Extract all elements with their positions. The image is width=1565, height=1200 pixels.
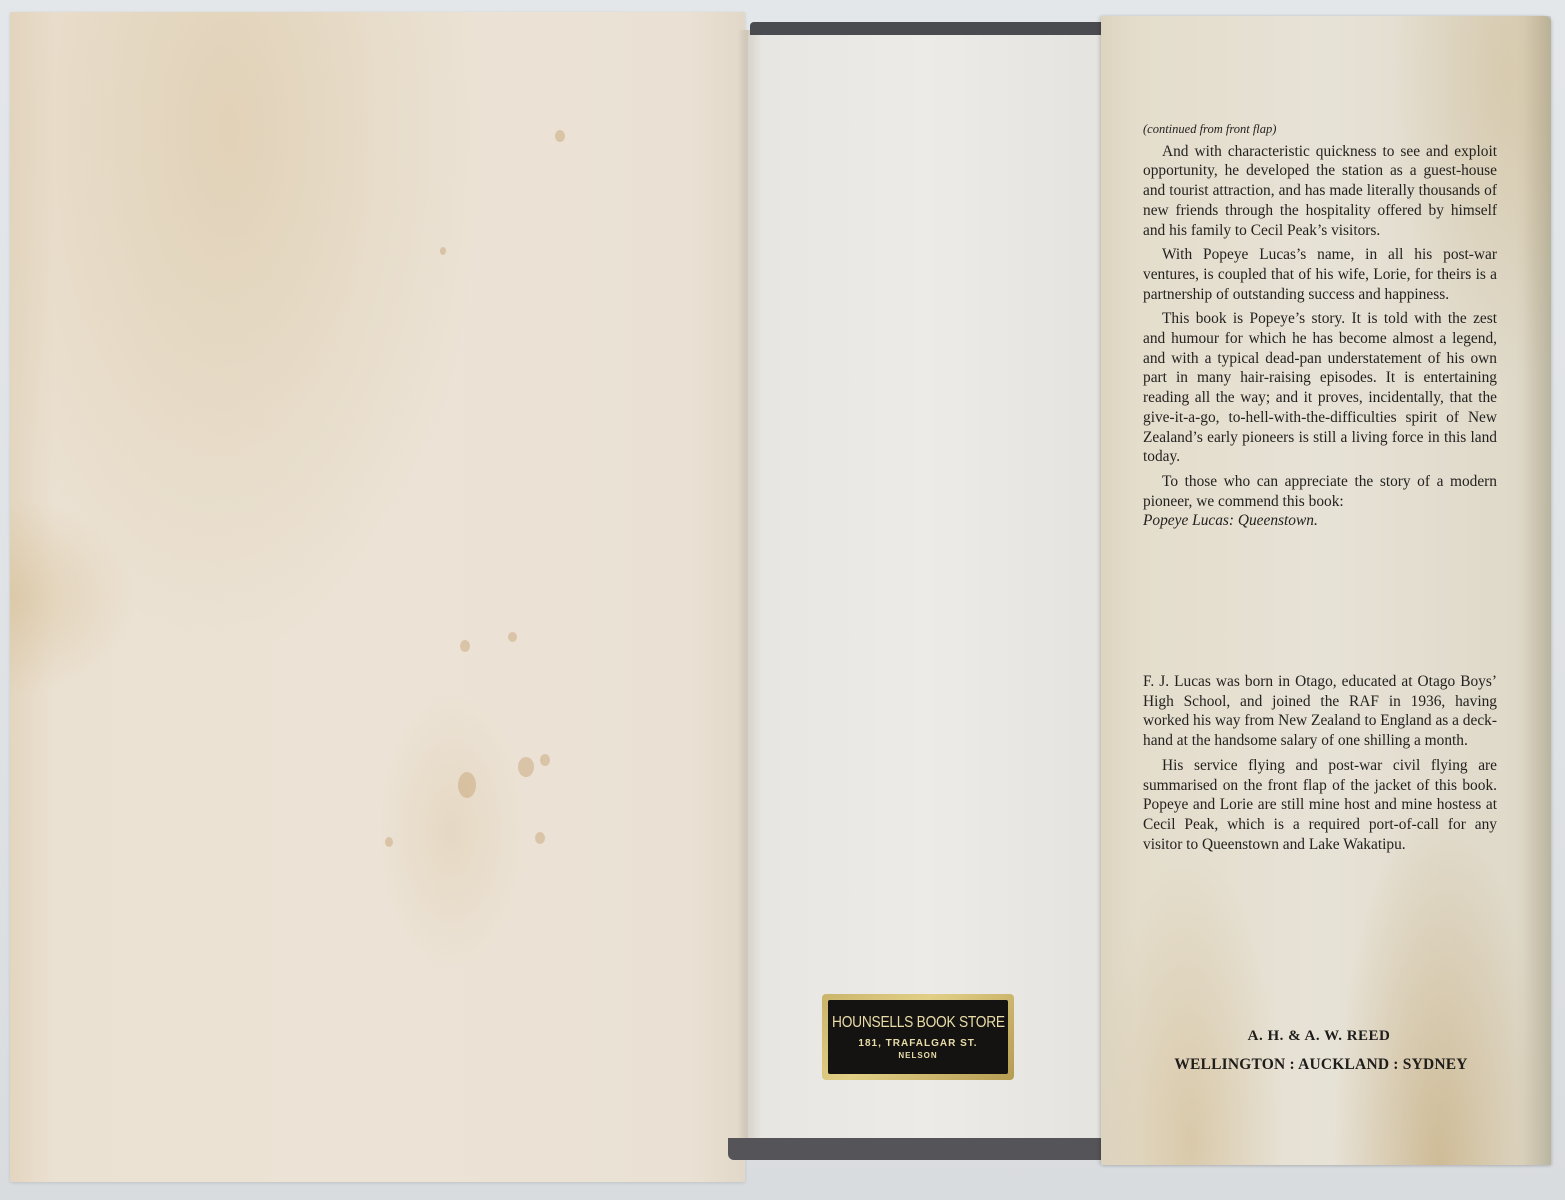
blurb-paragraph: And with characteristic quickness to see… [1143,142,1497,241]
blurb-paragraph: To those who can appreciate the story of… [1143,472,1497,511]
flap-edge-shadow [1523,16,1551,1165]
dust-jacket-back-flap: (continued from front flap) And with cha… [1101,16,1551,1165]
sticker-city: NELSON [898,1051,937,1060]
foxing-spot [540,754,550,766]
bio-paragraph: F. J. Lucas was born in Otago, educated … [1143,672,1497,751]
publisher-cities: WELLINGTON : AUCKLAND : SYDNEY [1101,1056,1501,1074]
foxing-spot [508,632,517,642]
blurb-paragraph: With Popeye Lucas’s name, in all his pos… [1143,245,1497,304]
continued-label: (continued from front flap) [1143,120,1497,140]
publisher-name: A. H. & A. W. REED [1101,1028,1501,1045]
foxing-spot [460,640,470,652]
right-endpaper [748,35,1106,1138]
foxing-spot [555,130,565,142]
author-bio: F. J. Lucas was born in Otago, educated … [1143,672,1497,859]
bookseller-sticker: HOUNSELLS BOOK STORE 181, TRAFALGAR ST. … [822,994,1014,1080]
left-endpaper-page [10,12,745,1182]
sticker-label: HOUNSELLS BOOK STORE 181, TRAFALGAR ST. … [828,1000,1008,1074]
bio-paragraph: His service flying and post-war civil fl… [1143,756,1497,855]
sticker-address: 181, TRAFALGAR ST. [858,1038,977,1049]
foxing-spot [458,772,476,798]
publisher-imprint: A. H. & A. W. REED WELLINGTON : AUCKLAND… [1101,1028,1501,1074]
flap-blurb: (continued from front flap) And with cha… [1143,120,1497,536]
foxing-spot [535,832,545,844]
cloth-board-bottom-edge [728,1138,1108,1160]
foxing-spot [440,247,446,255]
foxing-spot [385,837,393,847]
blurb-paragraph: This book is Popeye’s story. It is told … [1143,309,1497,467]
book-title: Popeye Lucas: Queenstown. [1143,511,1497,531]
foxing-spot [518,757,534,777]
sticker-store-name: HOUNSELLS BOOK STORE [832,1014,1005,1032]
